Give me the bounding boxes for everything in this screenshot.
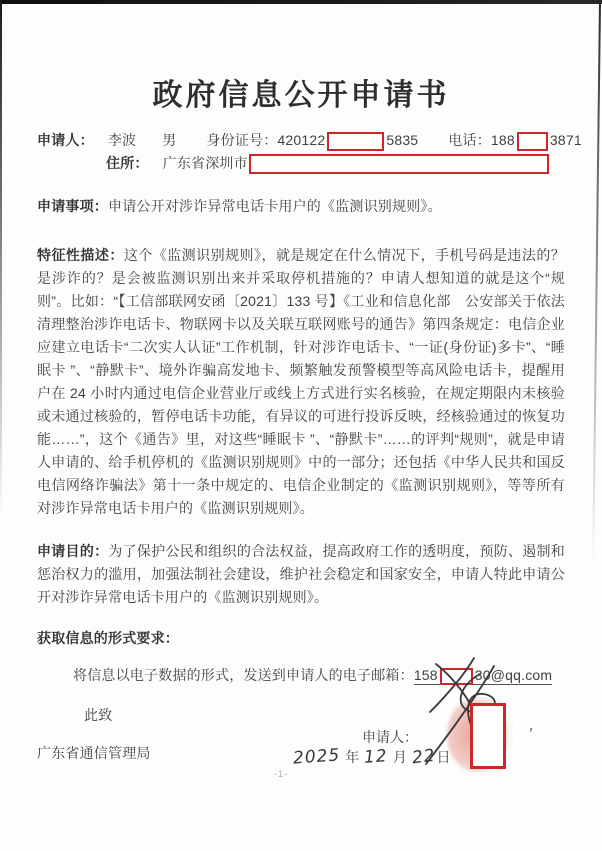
date-year-handwritten: 2025 — [292, 745, 341, 768]
applicant-label: 申请人： — [37, 132, 94, 148]
applicant-identity-row: 申请人：李波男身份证号：4201225835电话：1883871 — [37, 129, 565, 152]
format-label: 获取信息的形式要求： — [37, 630, 179, 646]
page-number: -1- — [274, 769, 288, 779]
date-month-handwritten: 12 — [364, 746, 389, 768]
day-unit: 日 — [437, 749, 451, 765]
applicant-name: 李波 — [108, 132, 136, 148]
format-requirement-heading: 获取信息的形式要求： — [37, 627, 565, 650]
description-label: 特征性描述： — [37, 247, 124, 263]
id-number-label: 身份证号： — [206, 132, 277, 148]
handwritten-date-line: 2025年12月22日 — [293, 747, 456, 767]
redaction-box-address — [249, 154, 549, 174]
date-day-handwritten: 22 — [411, 746, 437, 769]
applicant-address-row: 住所：广东省深圳市 — [106, 152, 565, 175]
description-text: 这个《监测识别规则》，就是规定在什么情况下，手机号码是违法的？是涉诈的？是会被监… — [37, 247, 565, 516]
phone-label: 电话： — [448, 132, 491, 148]
characteristic-description: 特征性描述：这个《监测识别规则》，就是规定在什么情况下，手机号码是违法的？是涉诈… — [37, 244, 565, 520]
phone-prefix: 188 — [491, 132, 515, 148]
phone-suffix: 3871 — [550, 132, 582, 148]
matter-text: 申请公开对涉诈异常电话卡用户的《监测识别规则》。 — [108, 198, 442, 214]
matter-label: 申请事项： — [37, 198, 108, 214]
redaction-box-phone — [517, 132, 548, 151]
application-purpose: 申请目的：为了保护公民和组织的合法权益，提高政府工作的透明度，预防、遏制和惩治权… — [37, 540, 565, 609]
redaction-box-signature — [470, 703, 506, 769]
signer-label: 申请人： — [362, 727, 418, 747]
address-visible-text: 广东省深圳市 — [163, 155, 248, 171]
id-number-prefix: 420122 — [277, 132, 325, 148]
redaction-box-id-number — [327, 132, 384, 151]
purpose-text: 为了保护公民和组织的合法权益，提高政府工作的透明度，预防、遏制和惩治权力的滥用，… — [37, 543, 565, 605]
year-unit: 年 — [345, 749, 359, 765]
applicant-gender: 男 — [162, 132, 176, 148]
applicant-info-block: 申请人：李波男身份证号：4201225835电话：1883871 住所：广东省深… — [37, 129, 565, 175]
document-title: 政府信息公开申请书 — [37, 70, 565, 114]
application-matter: 申请事项：申请公开对涉诈异常电话卡用户的《监测识别规则》。 — [37, 195, 565, 218]
address-label: 住所： — [106, 155, 149, 171]
format-text: 将信息以电子数据的形式，发送到申请人的电子邮箱： — [73, 667, 414, 683]
month-unit: 月 — [393, 749, 407, 765]
purpose-label: 申请目的： — [37, 543, 108, 559]
scanned-document-page: 政府信息公开申请书 申请人：李波男身份证号：4201225835电话：18838… — [0, 0, 602, 851]
id-number-suffix: 5835 — [386, 132, 418, 148]
